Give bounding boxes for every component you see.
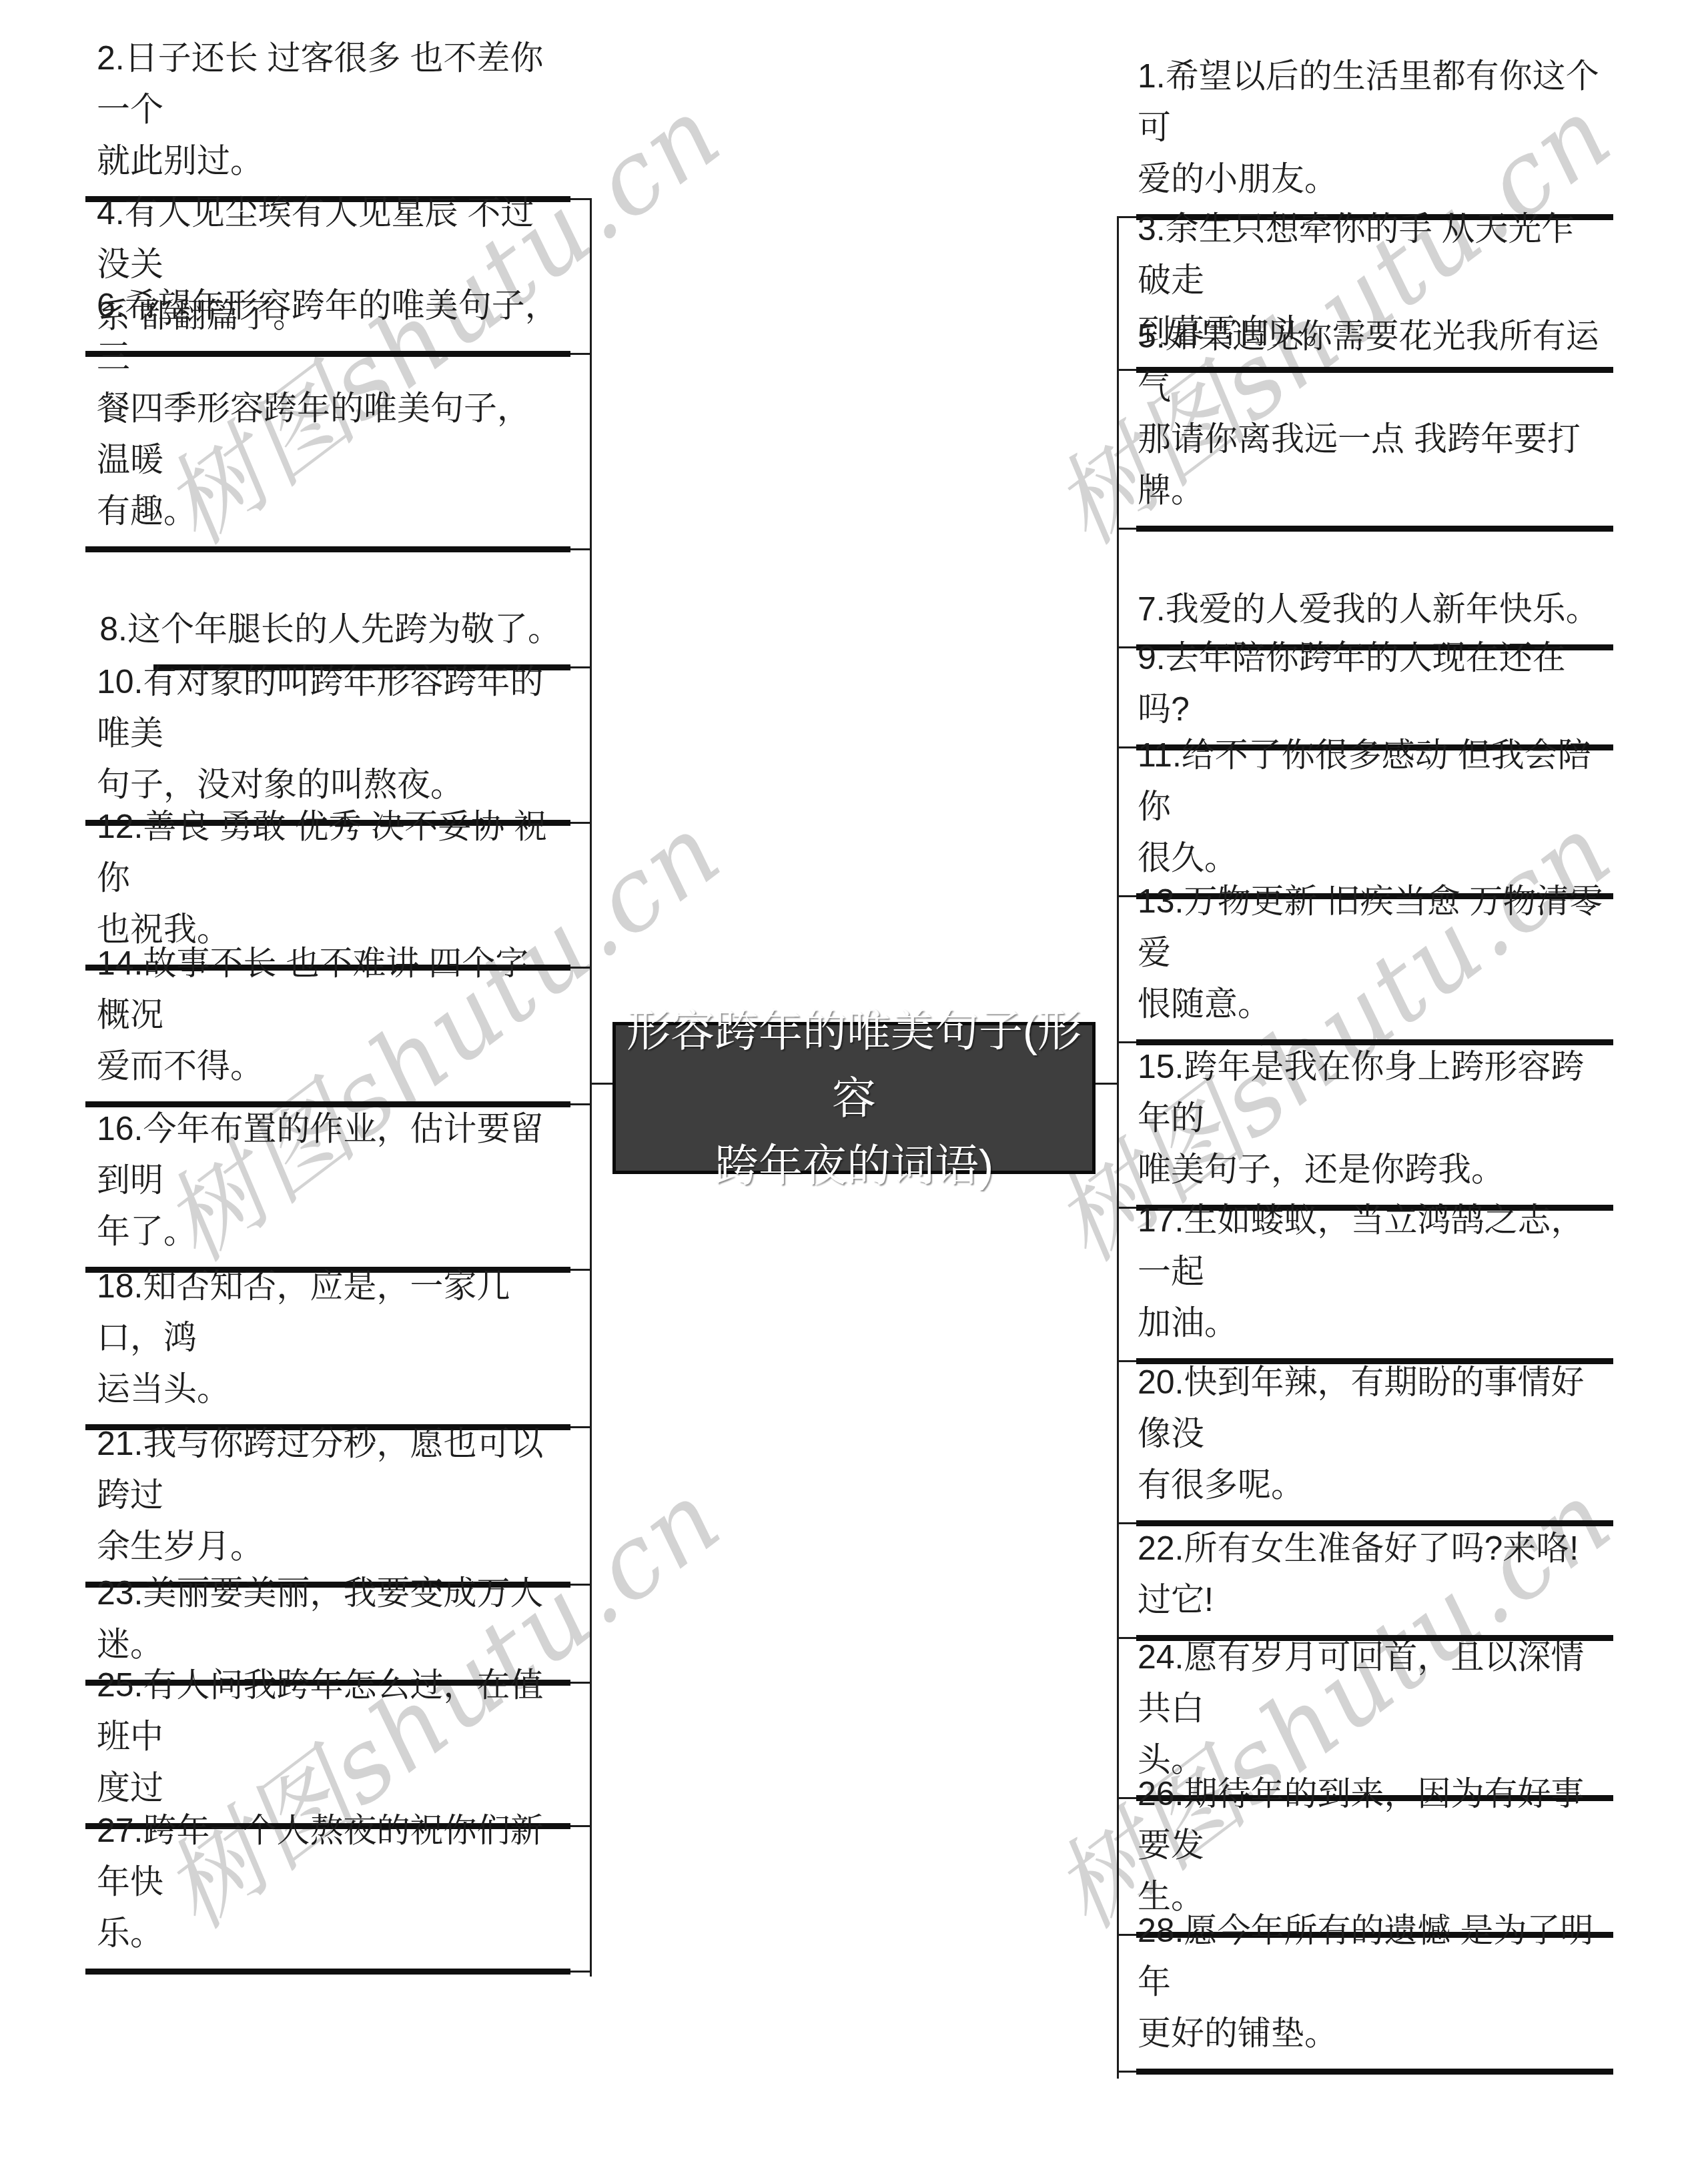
spine-tick [570,1971,591,1973]
sentence-text-27: 27.跨年一个人熬夜的祝你们新年快 乐。 [85,1805,591,1959]
sentence-text-28: 28.愿今年所有的遗憾 是为了明年 更好的铺垫。 [1118,1905,1613,2059]
mindmap-canvas: 树图shutu.cn 树图shutu.cn 树图shutu.cn 树图shutu… [0,0,1708,2184]
spine-tick [1118,2071,1136,2073]
sentence-node-28: 28.愿今年所有的遗憾 是为了明年 更好的铺垫。 [1118,1854,1613,2075]
right-root-connector [1095,1083,1118,1085]
sentence-underline-28 [1118,2069,1613,2075]
root-topic-box: 形容跨年的唯美句子(形容 跨年夜的词语) [612,1022,1096,1174]
underline-bar [1136,2069,1613,2075]
sentence-underline-27 [85,1969,591,1975]
sentence-node-27: 27.跨年一个人熬夜的祝你们新年快 乐。 [85,1754,591,1975]
page-title: 形容跨年的唯美句子(形容 跨年夜的词语) [616,997,1092,1199]
underline-bar [85,1969,570,1975]
left-root-connector [591,1083,613,1085]
